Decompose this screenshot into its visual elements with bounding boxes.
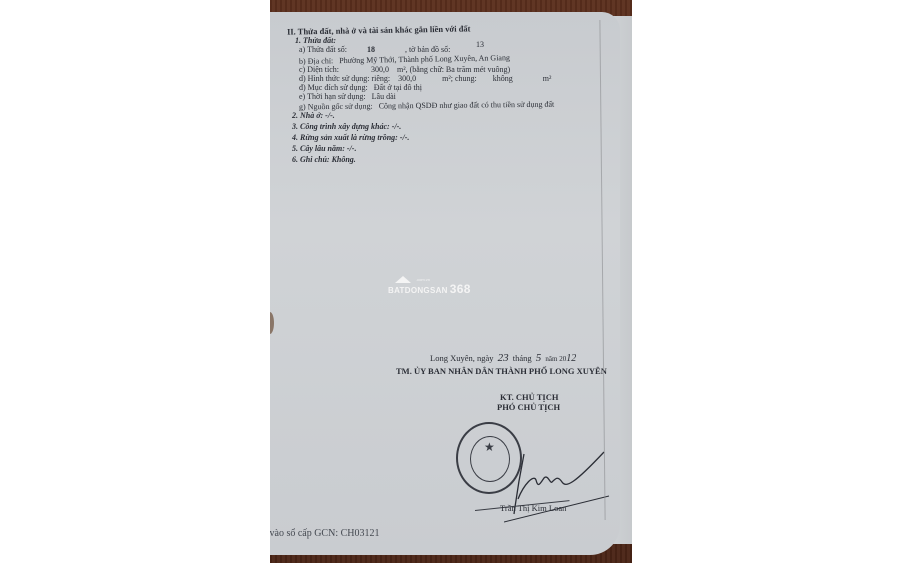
area-row: c) Diện tích: 300,0 m², (bằng chữ: Ba tr… [299, 65, 510, 74]
area-unit: m² [397, 65, 406, 74]
map-sheet-label: , tờ bản đồ số: [405, 45, 450, 54]
usage-private-value: 300,0 [398, 74, 416, 83]
date-day: 23 [498, 352, 509, 364]
area-label: c) Diện tích: [299, 65, 339, 74]
registry-number: ố vào sổ cấp GCN: CH03121 [270, 528, 380, 539]
watermark: BATDONGSAN368 [388, 282, 471, 296]
production-forest-item: 4. Rừng sản xuất là rừng trồng: -/-. [292, 133, 409, 142]
document-photo: II. Thửa đất, nhà ở và tài sản khác gắn … [270, 0, 632, 563]
month-label: tháng [513, 353, 532, 363]
place-date-line: Long Xuyên, ngày 23 tháng 5 năm 2012 [430, 352, 576, 364]
date-year-suffix: 12 [566, 353, 576, 364]
section-title: II. Thửa đất, nhà ở và tài sản khác gắn … [287, 23, 471, 36]
place-date-label: Long Xuyên, ngày [430, 353, 494, 363]
term-value: Lâu dài [372, 92, 396, 101]
area-words: , (bằng chữ: Ba trăm mét vuông) [406, 65, 511, 74]
address-row: b) Địa chỉ: Phường Mỹ Thới, Thành phố Lo… [299, 53, 510, 66]
land-heading: 1. Thửa đất: [295, 36, 336, 45]
certificate-page: II. Thửa đất, nhà ở và tài sản khác gắn … [270, 12, 620, 555]
origin-row: g) Nguồn gốc sử dụng: Công nhận QSDĐ như… [299, 100, 554, 112]
parcel-row: a) Thửa đất số: 18 , tờ bản đồ số: [299, 45, 450, 54]
watermark-number: 368 [450, 282, 471, 296]
term-label: e) Thời hạn sử dụng: [299, 92, 366, 101]
house-item: 2. Nhà ở: -/-. [292, 111, 335, 120]
usage-form-label: d) Hình thức sử dụng: riêng: [299, 74, 390, 83]
year-label: năm 20 [545, 355, 566, 363]
seal-star-icon: ★ [484, 440, 495, 455]
usage-shared-value: không [493, 74, 513, 83]
origin-label: g) Nguồn gốc sử dụng: [299, 102, 373, 112]
usage-shared-unit: m² [543, 74, 552, 83]
term-row: e) Thời hạn sử dụng: Lâu dài [299, 92, 396, 101]
signatory-name: Trần Thị Kim Loan [500, 503, 566, 513]
role-kt-chu-tich: KT. CHỦ TỊCH [500, 392, 559, 402]
purpose-row: đ) Mục đích sử dụng: Đất ở tại đô thị [299, 83, 422, 92]
area-value: 300,0 [371, 65, 389, 74]
notes-item: 6. Ghi chú: Không. [292, 155, 356, 164]
perennial-trees-item: 5. Cây lâu năm: -/-. [292, 144, 356, 153]
authority-line: TM. ỦY BAN NHÂN DÂN THÀNH PHỐ LONG XUYÊN [396, 366, 607, 376]
usage-form-row: d) Hình thức sử dụng: riêng: 300,0 m²; c… [299, 74, 551, 83]
usage-shared-label: m²; chung: [442, 74, 477, 83]
origin-value: Công nhận QSDĐ như giao đất có thu tiền … [379, 100, 555, 111]
other-construction-item: 3. Công trình xây dựng khác: -/-. [292, 122, 401, 131]
purpose-label: đ) Mục đích sử dụng: [299, 83, 368, 92]
binding-hole [270, 312, 274, 334]
address-value: Phường Mỹ Thới, Thành phố Long Xuyên, An… [339, 53, 510, 65]
role-pho-chu-tich: PHÓ CHỦ TỊCH [497, 402, 560, 412]
parcel-label: a) Thửa đất số: [299, 45, 347, 54]
map-sheet-number: 13 [476, 40, 484, 49]
parcel-number: 18 [367, 45, 375, 54]
date-month: 5 [536, 352, 542, 364]
watermark-brand: BATDONGSAN [388, 286, 448, 295]
purpose-value: Đất ở tại đô thị [374, 83, 422, 92]
